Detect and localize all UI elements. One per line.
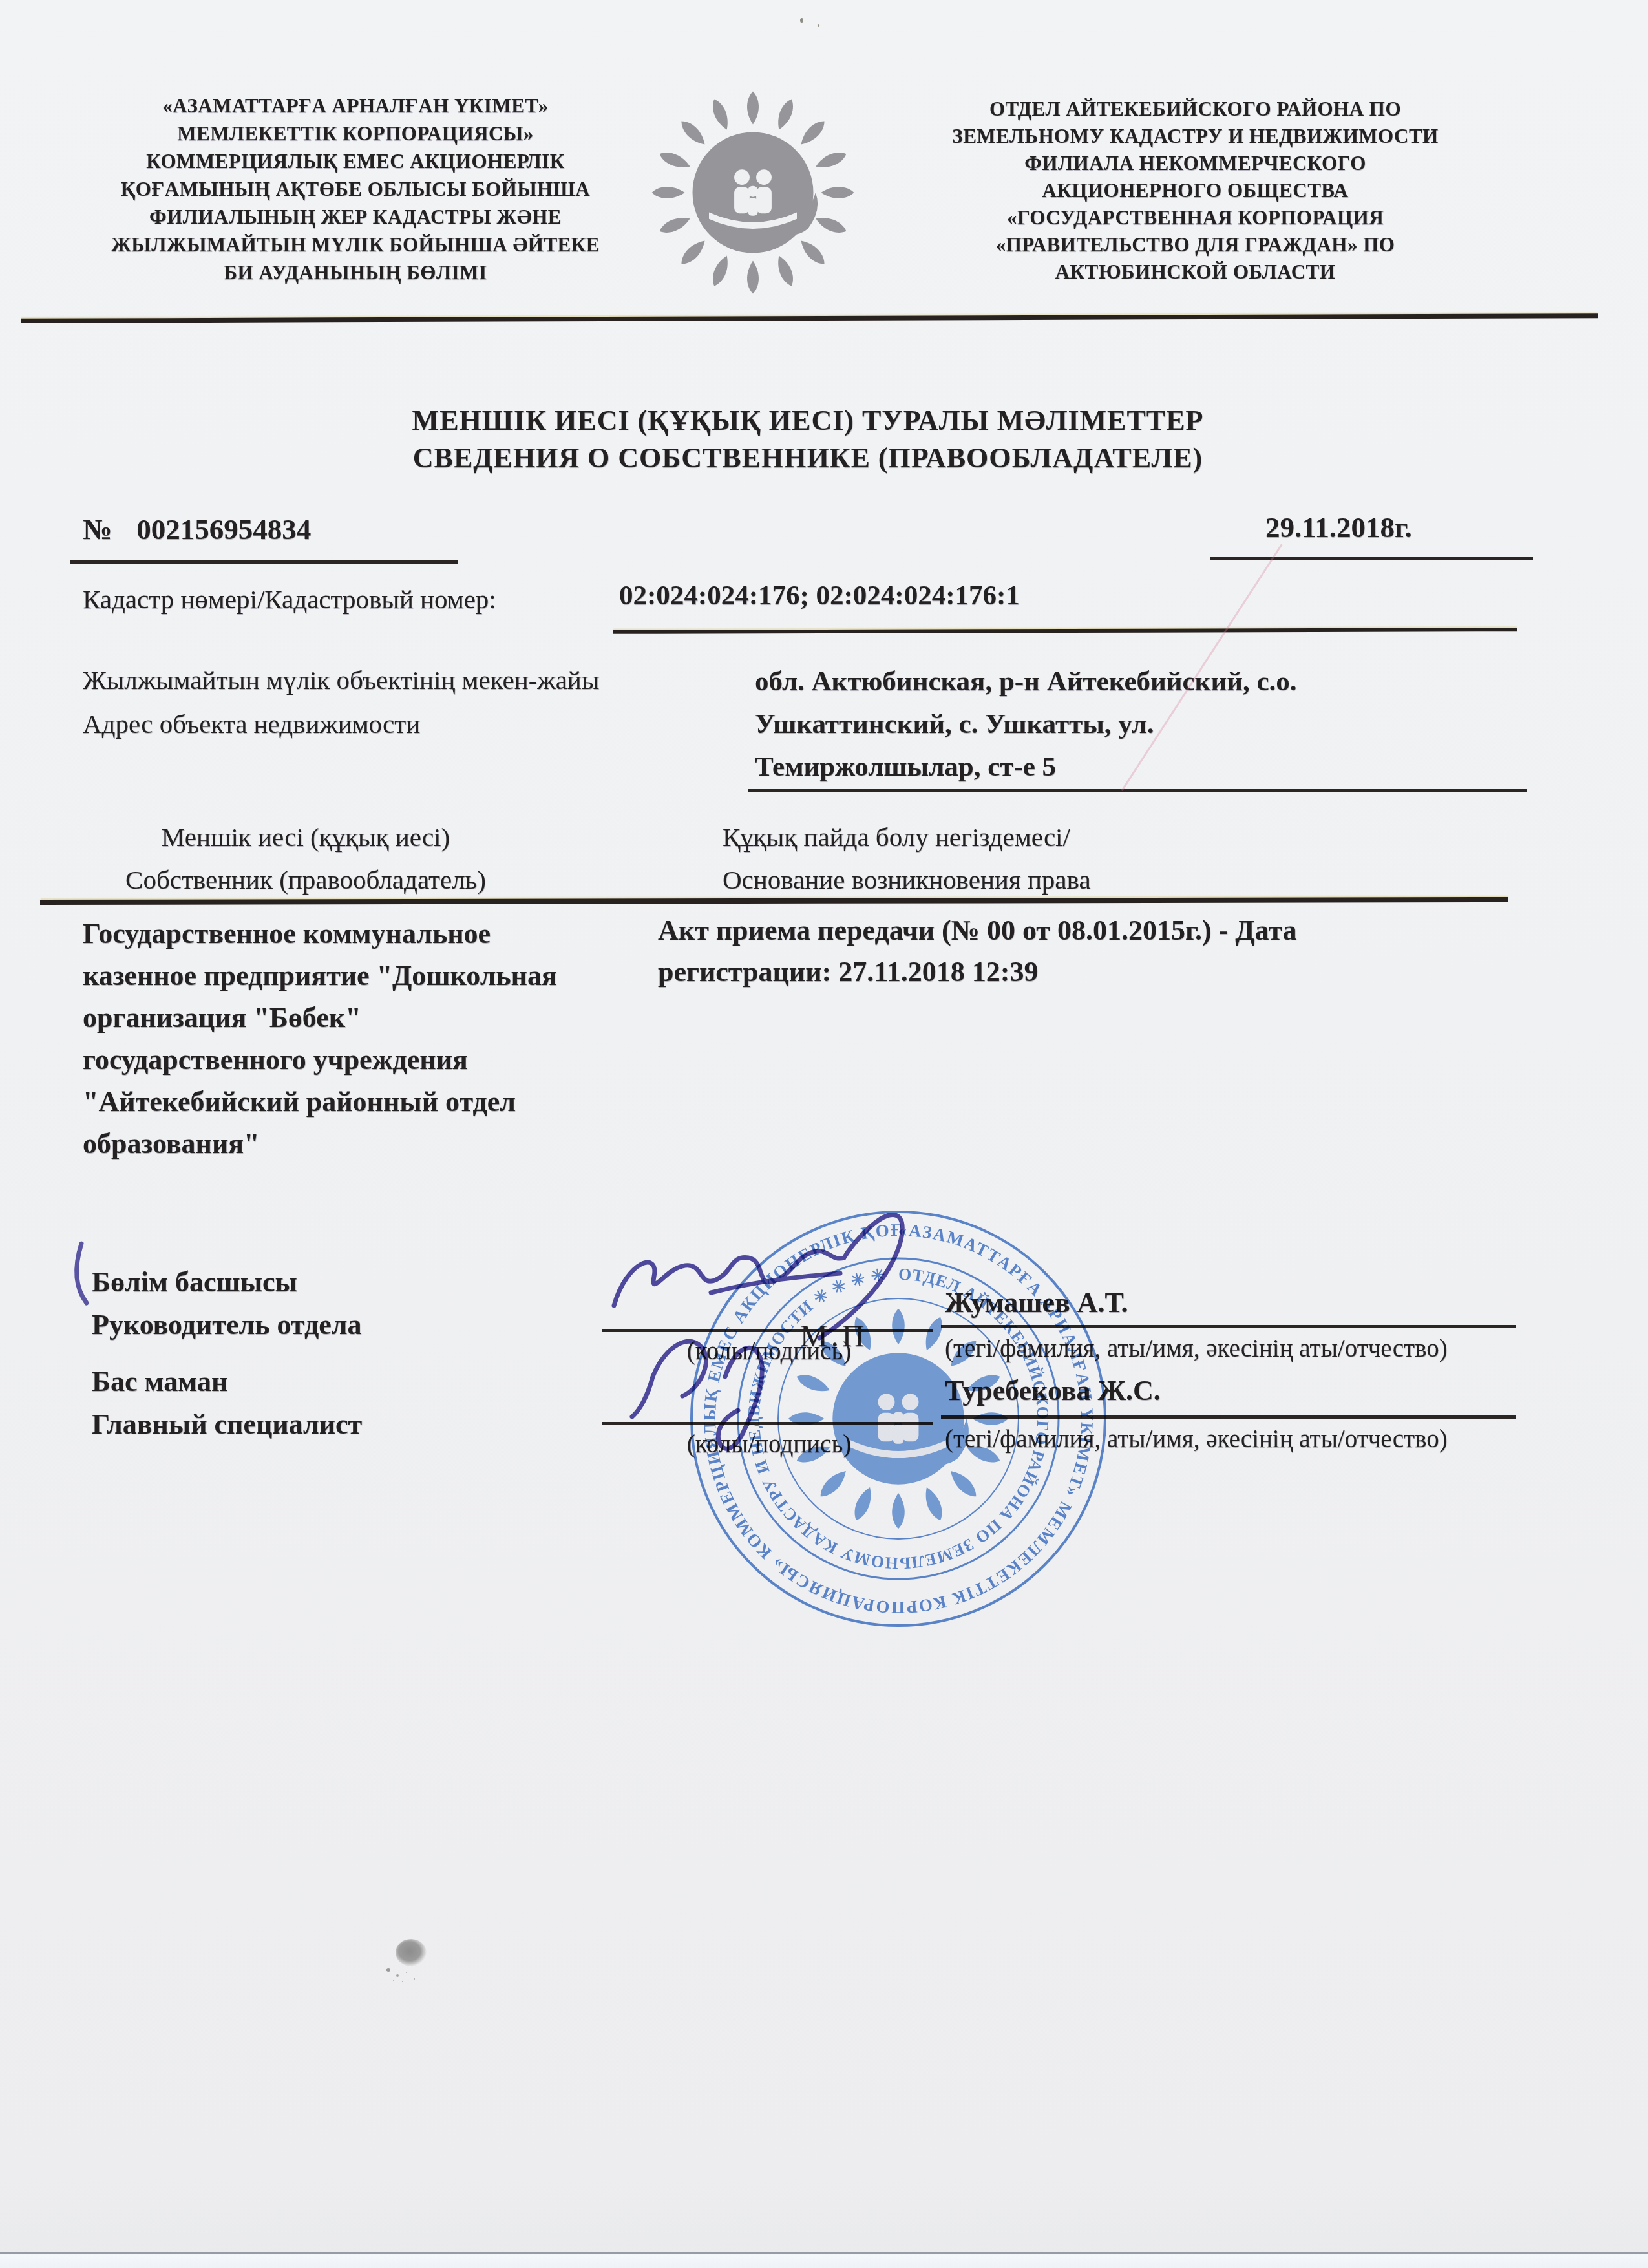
document-date: 29.11.2018г. bbox=[1265, 511, 1412, 544]
basis-line: регистрации: 27.11.2018 12:39 bbox=[658, 951, 1297, 993]
sun-family-logo-icon bbox=[643, 83, 863, 302]
position2-ru: Главный специалист bbox=[92, 1408, 362, 1441]
scanned-document-page: «АЗАМАТТАРҒА АРНАЛҒАН ҮКІМЕТ» МЕМЛЕКЕТТІ… bbox=[0, 0, 1648, 2268]
cadastral-number-value: 02:024:024:176; 02:024:024:176:1 bbox=[619, 580, 1020, 611]
signature1-ink bbox=[614, 1214, 902, 1338]
number-underline bbox=[70, 560, 458, 564]
org-ru-line: «ПРАВИТЕЛЬСТВО ДЛЯ ГРАЖДАН» ПО bbox=[900, 231, 1491, 259]
title-line-ru: СВЕДЕНИЯ О СОБСТВЕННИКЕ (ПРАВООБЛАДАТЕЛЕ… bbox=[0, 440, 1616, 477]
owner-value: Государственное коммунальное казенное пр… bbox=[83, 913, 557, 1165]
org-ru-line: ОТДЕЛ АЙТЕКЕБИЙСКОГО РАЙОНА ПО bbox=[900, 96, 1491, 123]
org-ru-line: «ГОСУДАРСТВЕННАЯ КОРПОРАЦИЯ bbox=[900, 204, 1491, 231]
address-label-ru: Адрес объекта недвижимости bbox=[83, 708, 420, 739]
owner-line: государственного учреждения bbox=[83, 1039, 557, 1081]
org-kz-line: «АЗАМАТТАРҒА АРНАЛҒАН ҮКІМЕТ» bbox=[71, 92, 640, 120]
number-sign: № bbox=[83, 513, 112, 546]
org-kz-line: ФИЛИАЛЫНЫҢ ЖЕР КАДАСТРЫ ЖӘНЕ bbox=[71, 203, 640, 231]
owner-line: образования" bbox=[83, 1123, 557, 1165]
org-kz-line: МЕМЛЕКЕТТІК КОРПОРАЦИЯСЫ» bbox=[71, 120, 640, 147]
org-ru-line: ФИЛИАЛА НЕКОММЕРЧЕСКОГО bbox=[900, 150, 1491, 177]
owner-header-ru: Собственник (правообладатель) bbox=[83, 858, 529, 901]
signature2-ink bbox=[632, 1341, 762, 1448]
org-kz-line: ЖЫЛЖЫМАЙТЫН МҮЛІК БОЙЫНША ӘЙТЕКЕ bbox=[71, 231, 640, 259]
org-name-russian: ОТДЕЛ АЙТЕКЕБИЙСКОГО РАЙОНА ПО ЗЕМЕЛЬНОМ… bbox=[900, 96, 1491, 286]
header-divider bbox=[21, 313, 1598, 323]
basis-value: Акт приема передачи (№ 00 от 08.01.2015г… bbox=[658, 910, 1297, 993]
signature1-ink-flourish bbox=[711, 1273, 840, 1293]
cadastral-underline bbox=[613, 628, 1517, 634]
owner-line: казенное предприятие "Дошкольная bbox=[83, 955, 557, 997]
org-name-kazakh: «АЗАМАТТАРҒА АРНАЛҒАН ҮКІМЕТ» МЕМЛЕКЕТТІ… bbox=[71, 92, 640, 286]
org-ru-line: ЗЕМЕЛЬНОМУ КАДАСТРУ И НЕДВИЖИМОСТИ bbox=[900, 123, 1491, 150]
org-kz-line: БИ АУДАНЫНЫҢ БӨЛІМІ bbox=[71, 259, 640, 286]
pen-tick-mark bbox=[59, 1240, 96, 1307]
number-value: 002156954834 bbox=[136, 513, 311, 546]
org-kz-line: ҚОҒАМЫНЫҢ АҚТӨБЕ ОБЛЫСЫ БОЙЫНША bbox=[71, 175, 640, 203]
document-title: МЕНШІК ИЕСІ (ҚҰҚЫҚ ИЕСІ) ТУРАЛЫ МӘЛІМЕТТ… bbox=[0, 402, 1616, 477]
owner-line: организация "Бөбек" bbox=[83, 997, 557, 1039]
address-value: обл. Актюбинская, р-н Айтекебийский, с.о… bbox=[755, 661, 1297, 789]
scan-smudge bbox=[396, 1939, 427, 1966]
address-line: Темиржолшылар, ст-е 5 bbox=[755, 746, 1297, 789]
basis-column-header: Құқық пайда болу негіздемесі/ Основание … bbox=[723, 816, 1091, 901]
owner-column-header: Меншік иесі (құқық иесі) Собственник (пр… bbox=[83, 816, 529, 901]
scanner-background-strip bbox=[0, 2254, 1648, 2268]
document-number: №002156954834 bbox=[83, 513, 311, 546]
scan-speckles bbox=[386, 1968, 390, 1972]
address-line: Ушкаттинский, с. Ушкатты, ул. bbox=[755, 703, 1297, 746]
position1-kz: Бөлім басшысы bbox=[92, 1266, 297, 1298]
org-ru-line: АКТЮБИНСКОЙ ОБЛАСТИ bbox=[900, 259, 1491, 286]
handwritten-signatures bbox=[556, 1183, 1551, 1493]
scan-speckles-top bbox=[800, 18, 803, 23]
position2-kz: Бас маман bbox=[92, 1365, 227, 1398]
org-ru-line: АКЦИОНЕРНОГО ОБЩЕСТВА bbox=[900, 177, 1491, 204]
position1-ru: Руководитель отдела bbox=[92, 1308, 361, 1341]
basis-header-ru: Основание возникновения права bbox=[723, 858, 1091, 901]
basis-header-kz: Құқық пайда болу негіздемесі/ bbox=[723, 816, 1091, 858]
owner-header-kz: Меншік иесі (құқық иесі) bbox=[83, 816, 529, 858]
address-label-kz: Жылжымайтын мүлік объектінің мекен-жайы bbox=[83, 664, 599, 695]
owner-line: Государственное коммунальное bbox=[83, 913, 557, 955]
cadastral-number-label: Кадастр нөмері/Кадастровый номер: bbox=[83, 584, 496, 615]
date-underline bbox=[1210, 557, 1533, 560]
address-line: обл. Актюбинская, р-н Айтекебийский, с.о… bbox=[755, 661, 1297, 703]
address-underline bbox=[748, 789, 1527, 792]
org-kz-line: КОММЕРЦИЯЛЫҚ ЕМЕС АКЦИОНЕРЛІК bbox=[71, 147, 640, 175]
basis-line: Акт приема передачи (№ 00 от 08.01.2015г… bbox=[658, 910, 1297, 951]
owner-line: "Айтекебийский районный отдел bbox=[83, 1081, 557, 1123]
title-line-kz: МЕНШІК ИЕСІ (ҚҰҚЫҚ ИЕСІ) ТУРАЛЫ МӘЛІМЕТТ… bbox=[0, 402, 1616, 440]
